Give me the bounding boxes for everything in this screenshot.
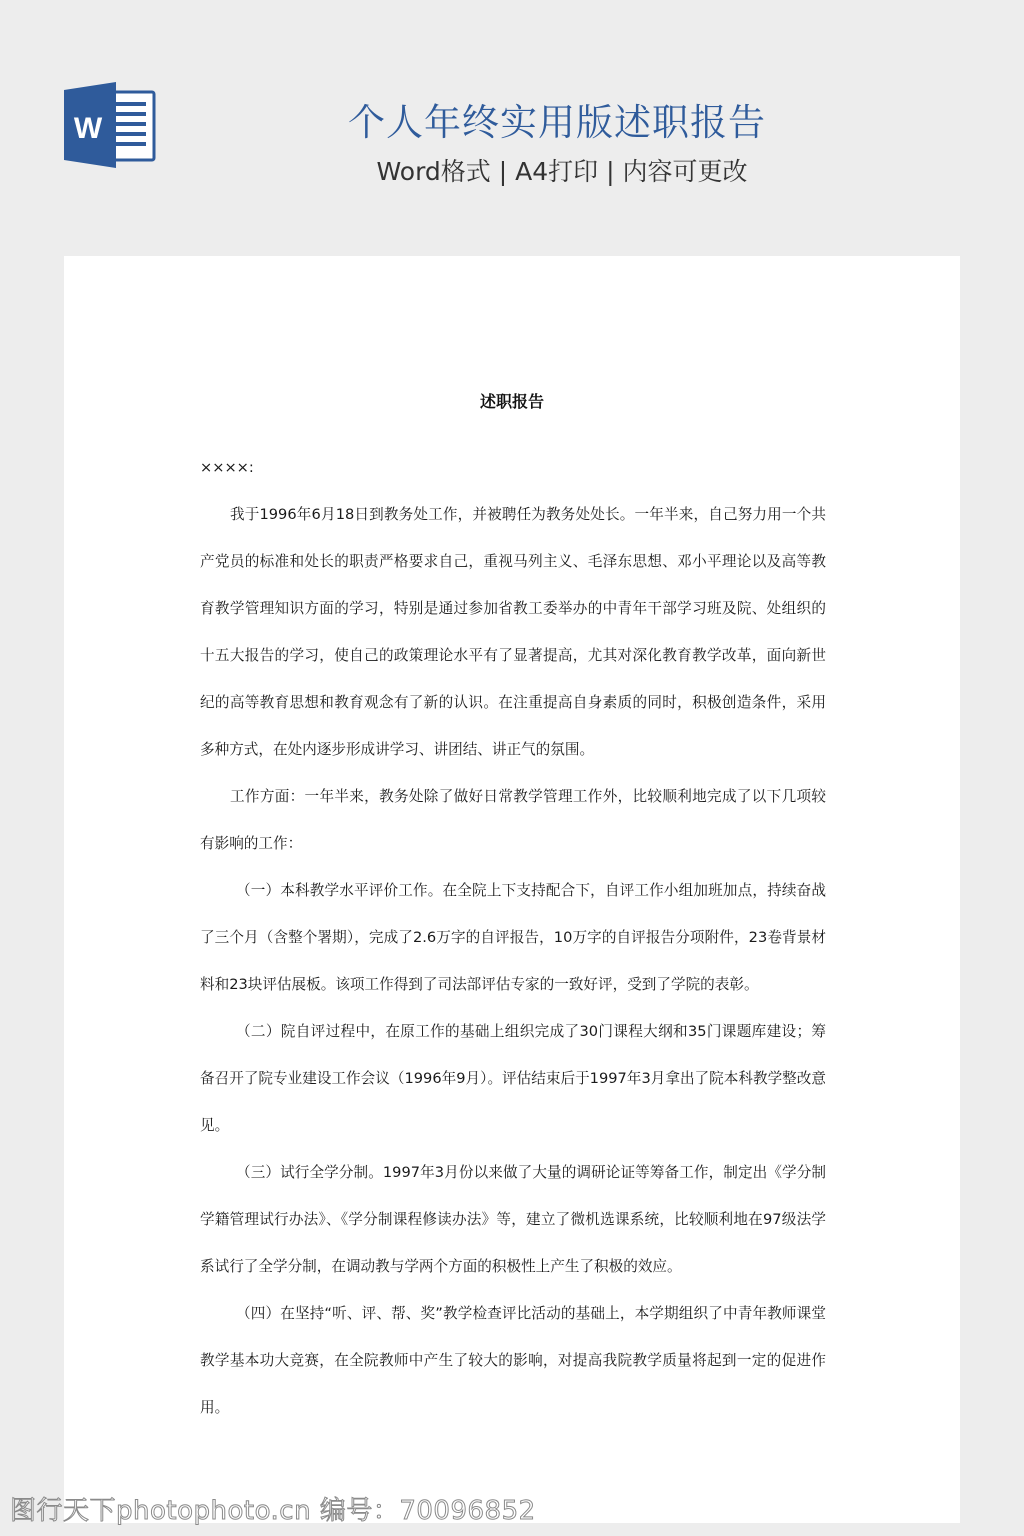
paragraph: （三）试行全学分制。1997年3月份以来做了大量的调研论证等筹备工作，制定出《学… [200,1149,826,1290]
paragraph: （四）在坚持“听、评、帮、奖”教学检查评比活动的基础上，本学期组织了中青年教师课… [200,1290,826,1431]
paragraph: （二）院自评过程中，在原工作的基础上组织完成了30门课程大纲和35门课题库建设；… [200,1008,826,1149]
document-page: 述职报告 ××××: 我于1996年6月18日到教务处工作，并被聘任为教务处处长… [64,256,960,1523]
page-title: 个人年终实用版述职报告 [0,92,1024,146]
paragraph: （一）本科教学水平评价工作。在全院上下支持配合下，自评工作小组加班加点，持续奋战… [200,867,826,1008]
paragraph: 工作方面：一年半来，教务处除了做好日常教学管理工作外，比较顺利地完成了以下几项较… [200,773,826,867]
document-body: ××××: 我于1996年6月18日到教务处工作，并被聘任为教务处处长。一年半来… [200,444,826,1431]
page-subtitle: Word格式 | A4打印 | 内容可更改 [0,152,1024,188]
salutation: ××××: [200,444,826,491]
watermark: 图行天下photophoto.cn 编号：70096852 [10,1490,536,1527]
document-title: 述职报告 [64,389,960,412]
paragraph: 我于1996年6月18日到教务处工作，并被聘任为教务处处长。一年半来，自己努力用… [200,491,826,773]
